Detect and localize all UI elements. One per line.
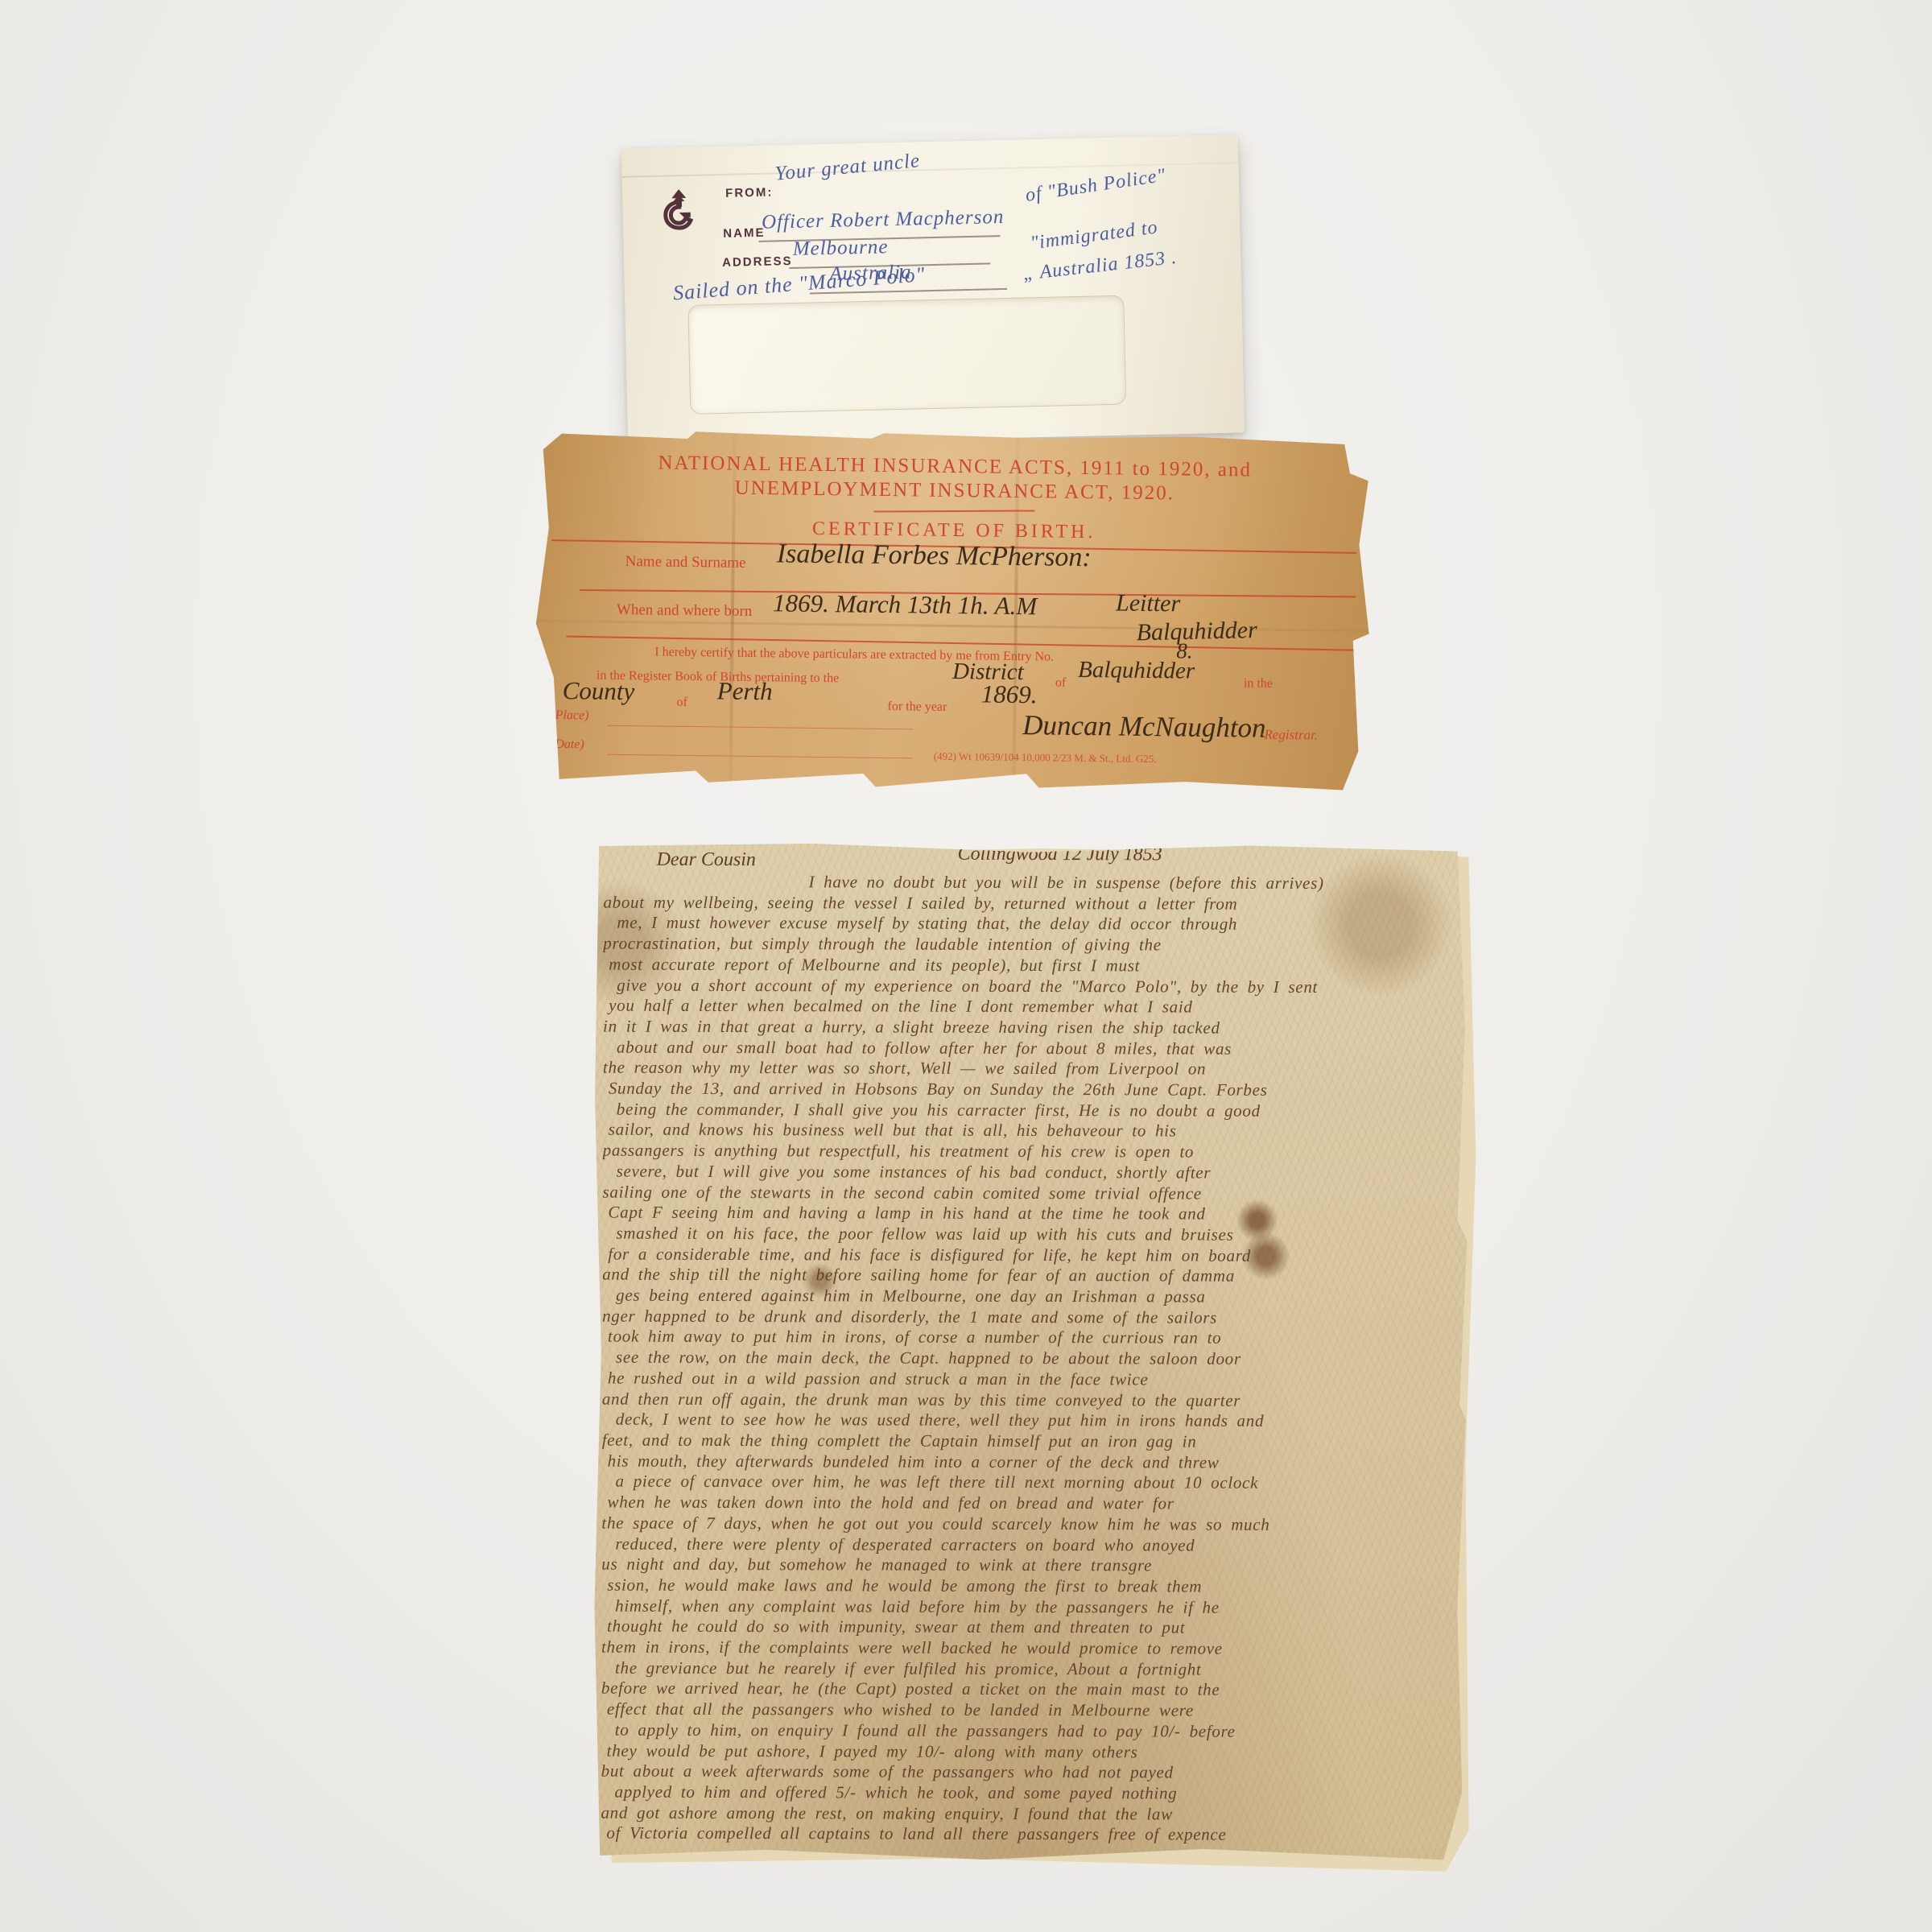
letter-line: before we arrived hear, he (the Capt) po… [601,1678,1463,1702]
name-label: NAME [723,226,766,241]
envelope-handwriting-top: Your great uncle [774,150,922,186]
name-surname-label: Name and Surname [625,553,746,572]
year-label: for the year [887,700,947,715]
letter-line: feet, and to mak the thing complett the … [602,1430,1463,1454]
born-value: 1869. March 13th 1h. A.M [773,588,1037,621]
letter-line: the space of 7 days, when he got out you… [601,1513,1463,1536]
letter-line: they would be put ashore, I payed my 10/… [601,1740,1463,1764]
letter-line: in it I was in that great a hurry, a sli… [603,1017,1464,1040]
letter-line: his mouth, they afterwards bundeled him … [602,1451,1463,1474]
letter-line: severe, but I will give you some instanc… [603,1161,1464,1184]
letter-line: reduced, there were plenty of desperated… [601,1534,1463,1557]
letter-line: Sunday the 13, and arrived in Hobsons Ba… [603,1079,1464,1102]
letter-line: about and our small boat had to follow a… [603,1037,1464,1060]
letter-line: for a considerable time, and his face is… [602,1244,1463,1267]
title-divider [874,510,1035,512]
letter-dateline: Collingwood 12 July 1853 [958,844,1162,866]
envelope-handwriting-address1: Melbourne [792,236,888,261]
letter-line: took him away to put him in irons, of co… [602,1327,1463,1350]
registrar-label: ·Registrar. [1261,727,1318,744]
from-label: FROM: [725,185,774,200]
letter-line: and got ashore among the rest, on making… [601,1802,1462,1826]
letter-line: ssion, he would make laws and he would b… [601,1575,1463,1599]
district-place: Balquhidder [1078,657,1195,685]
letter-line: you half a letter when becalmed on the l… [603,996,1464,1019]
born-label: When and where born [617,601,753,621]
envelope-handwriting-name-right: of "Bush Police" [1024,165,1167,207]
address-label: ADDRESS [722,254,793,270]
envelope-handwriting-name: Officer Robert Macpherson [762,206,1005,234]
of-label: of [1055,676,1067,691]
born-place2: Balquhidder [1136,617,1257,646]
letter-line: give you a short account of my experienc… [603,975,1464,998]
county-place: Perth [717,676,773,706]
letter-line: smashed it on his face, the poor fellow … [602,1224,1463,1247]
letter-line: effect that all the passangers who wishe… [601,1699,1463,1723]
photo-stage: FROM: Your great uncle NAME Officer Robe… [0,0,1932,1932]
letter-line: a piece of canvace over him, he was left… [602,1472,1463,1495]
letter-line: me, I must however excuse myself by stat… [603,913,1464,936]
envelope: FROM: Your great uncle NAME Officer Robe… [621,134,1245,446]
letter-line: procrastination, but simply through the … [603,934,1464,957]
letter-line: them in irons, if the complaints were we… [601,1637,1463,1661]
letter-line: but about a week afterwards some of the … [601,1761,1463,1785]
letter-line: sailor, and knows his business well but … [603,1120,1464,1143]
letter-line: of Victoria compelled all captains to la… [601,1823,1462,1847]
letter-line: ges being entered against him in Melbour… [602,1286,1463,1309]
rule [607,725,913,730]
letter-line: about my wellbeing, seeing the vessel I … [603,892,1464,915]
letter-line: I have no doubt but you will be in suspe… [603,872,1464,895]
letter-line: us night and day, but somehow he managed… [601,1554,1463,1578]
letter-line: sailing one of the stewarts in the secon… [602,1182,1463,1205]
letter-line: passangers is anything but respectfull, … [603,1141,1464,1164]
letter-line: the reason why my letter was so short, W… [603,1058,1464,1081]
letter-line: and then run off again, the drunk man wa… [602,1389,1463,1412]
letter-line: most accurate report of Melbourne and it… [603,954,1464,977]
letter-line: being the commander, I shall give you hi… [603,1099,1464,1122]
letter-line: and the ship till the night before saili… [602,1265,1463,1288]
letter-line: Capt F seeing him and having a lamp in h… [602,1203,1463,1226]
date-label: (Date) [551,737,584,753]
letter-line: the greviance but he rearely if ever ful… [601,1657,1463,1681]
letter-line: nger happned to be drunk and disorderly,… [602,1306,1463,1329]
county-value: County [563,676,635,706]
envelope-window [687,295,1126,415]
envelope-handwriting-address1-right: "immigrated to [1029,217,1159,254]
letter-line: himself, when any complaint was laid bef… [601,1596,1463,1619]
letter-line: applyed to him and offered 5/- which he … [601,1782,1463,1806]
letter-line: deck, I went to see how he was used ther… [602,1410,1463,1433]
in-the-label: in the [1244,676,1273,691]
registrar-signature: Duncan McNaughton [1022,709,1266,745]
letter-body: I have no doubt but you will be in suspe… [601,872,1464,1861]
print-code: (492) Wt 10639/104 10,000 2/23 M. & St.,… [934,750,1157,766]
letter-line: see the row, on the main deck, the Capt.… [602,1348,1463,1371]
letter-salutation: Dear Cousin [657,849,756,871]
of-label-2: of [676,696,687,710]
year-value: 1869. [981,679,1038,709]
born-place1: Leitter [1116,589,1180,617]
letter-line: to apply to him, on enquiry I found all … [601,1719,1463,1743]
place-label: (Place) [551,708,588,724]
handwritten-letter: Dear Cousin Collingwood 12 July 1853 I h… [591,841,1468,1864]
envelope-handwriting-bottom: Sailed on the "Marco Polo" [672,262,926,305]
rule [607,754,913,759]
letter-line: when he was taken down into the hold and… [601,1492,1463,1516]
name-surname-value: Isabella Forbes McPherson: [777,539,1092,573]
letter-line: thought he could do so with impunity, sw… [601,1616,1463,1640]
birth-certificate: NATIONAL HEALTH INSURANCE ACTS, 1911 to … [532,428,1373,795]
letter-line: he rushed out in a wild passion and stru… [602,1368,1463,1391]
monogram-logo-icon [661,188,697,237]
